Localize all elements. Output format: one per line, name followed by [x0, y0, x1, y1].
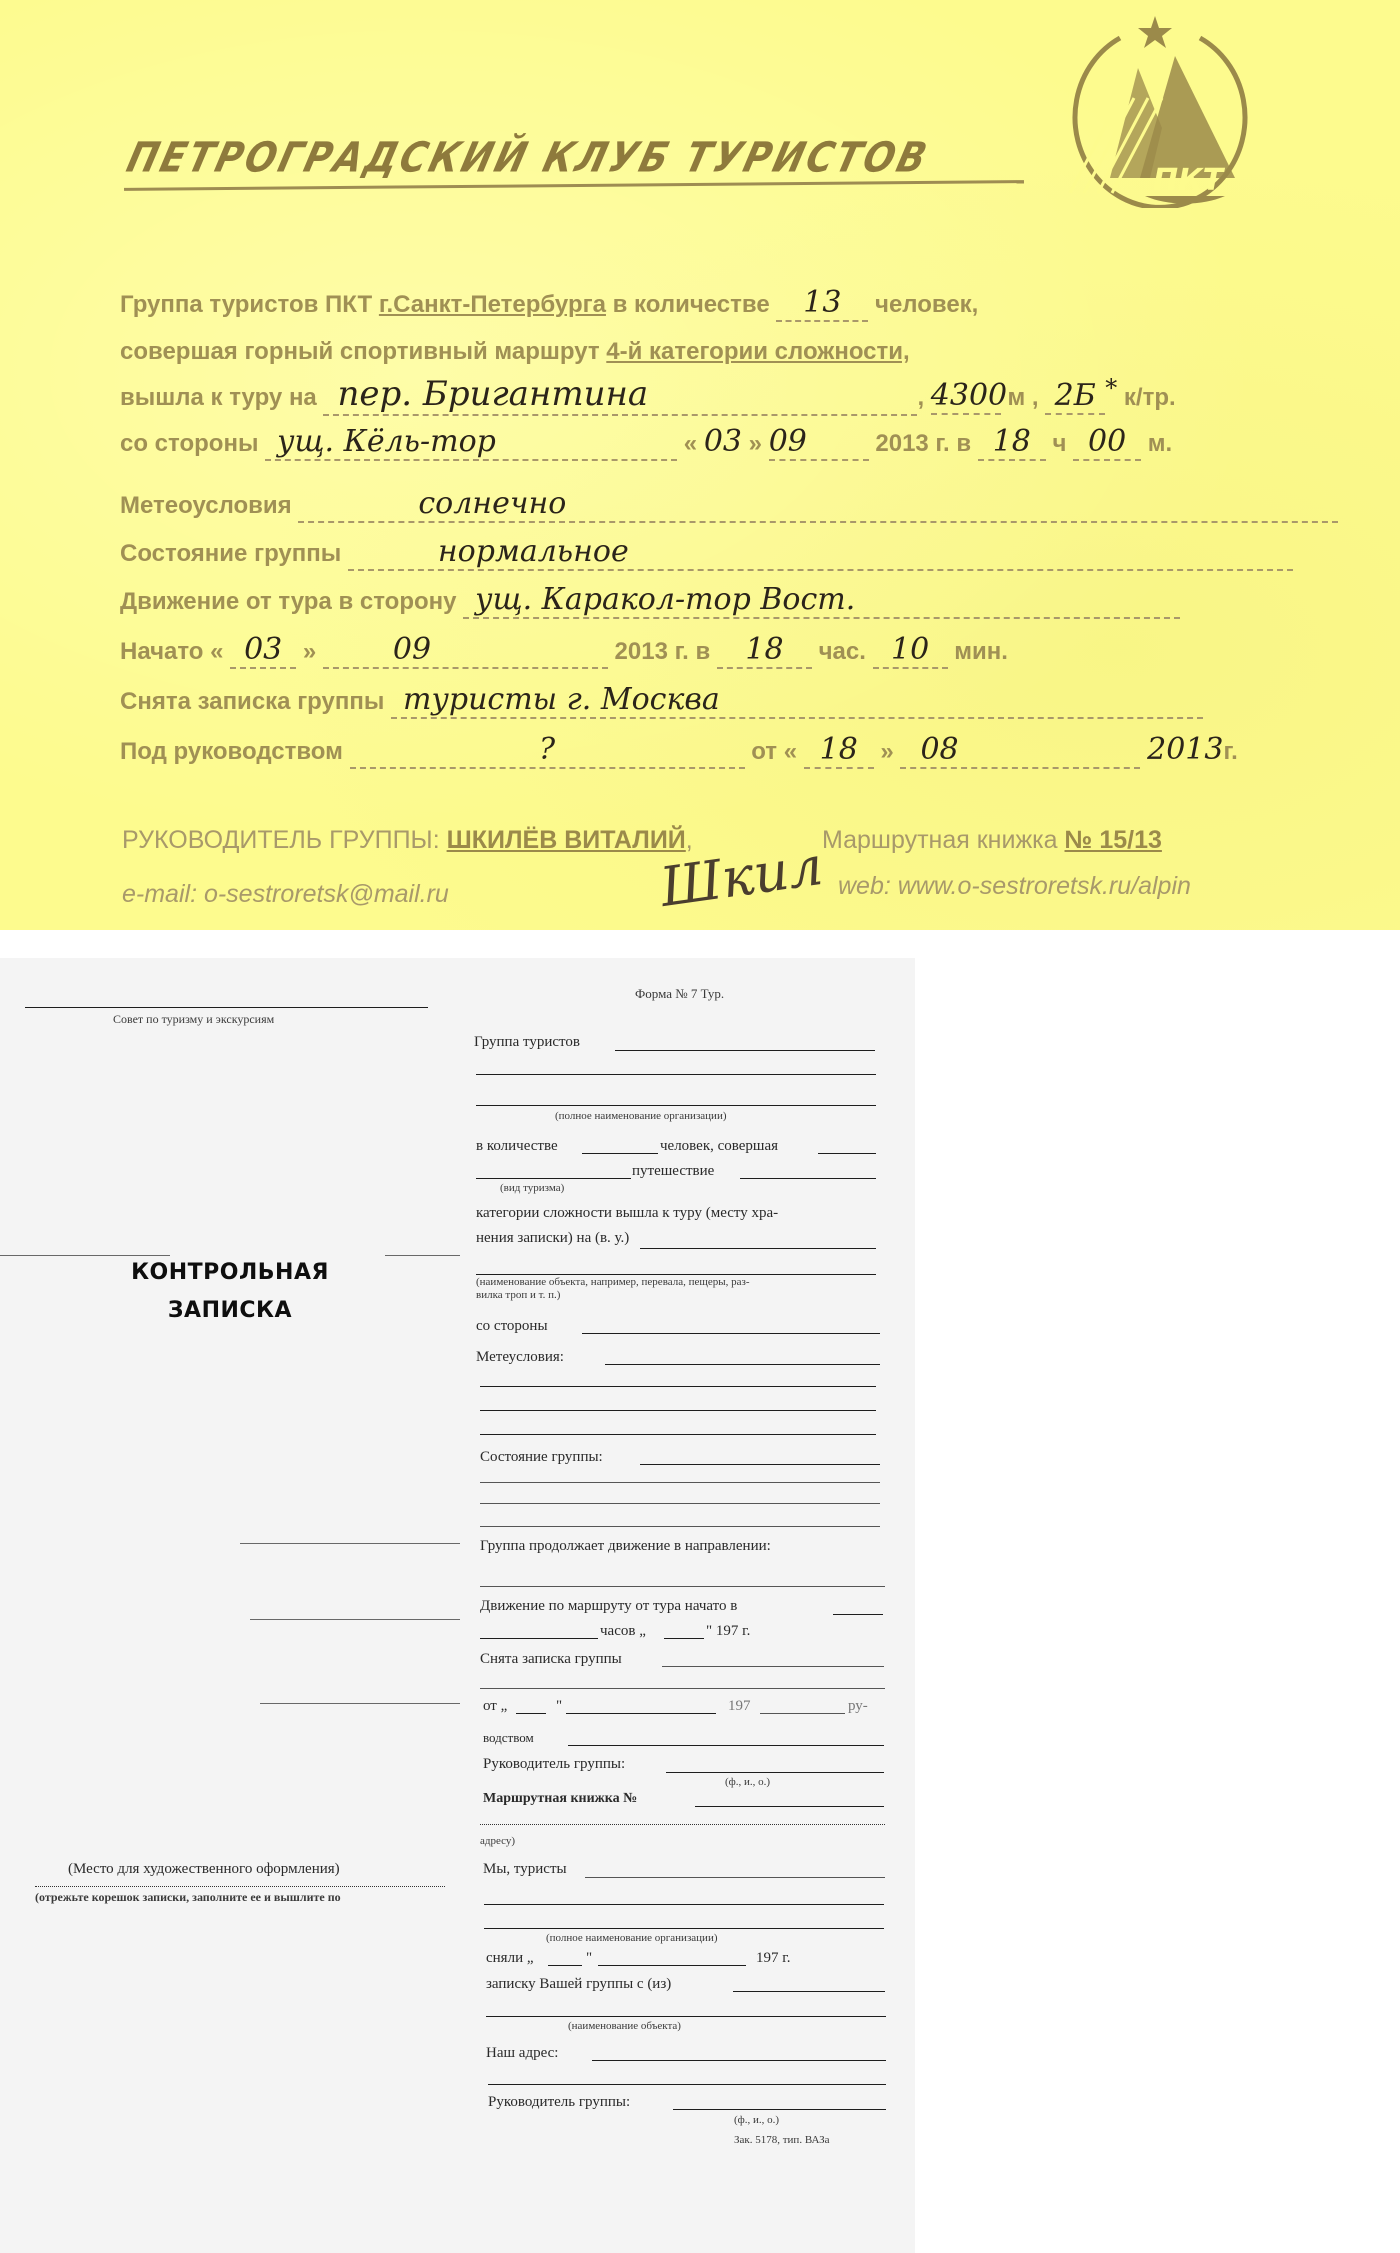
- form-number: Форма № 7 Тур.: [635, 986, 724, 1002]
- prev-day-field[interactable]: 18: [804, 732, 874, 769]
- route-book-label: Маршрутная книжка №: [483, 1791, 637, 1807]
- count-field[interactable]: [582, 1153, 658, 1154]
- star-mark: *: [1105, 374, 1117, 402]
- leadership-label: водством: [483, 1730, 534, 1746]
- move-month-field[interactable]: 09: [323, 632, 608, 669]
- form-title-line1: КОНТРОЛЬНАЯ: [0, 1260, 460, 1285]
- count-label: в количестве: [476, 1138, 558, 1155]
- side-line: со стороны ущ. Кёль-тор « 03 » 09 2013 г…: [120, 424, 1172, 461]
- printer-info: Зак. 5178, тип. ВАЗа: [734, 2134, 830, 2146]
- started-line: Начато « 03 » 09 2013 г. в 18 час. 10 ми…: [120, 632, 1008, 669]
- category-label: категории сложности вышла к туру (месту …: [476, 1205, 778, 1222]
- cut-line[interactable]: [35, 1886, 445, 1887]
- group-label: Группа туристов: [474, 1034, 580, 1051]
- move-hour-field[interactable]: 18: [717, 632, 812, 669]
- pass-name-field[interactable]: пер. Бригантина: [323, 374, 917, 416]
- move-day-field[interactable]: 03: [230, 632, 296, 669]
- club-name-heading: ПЕТРОГРАДСКИЙ КЛУБ ТУРИСТОВ: [122, 135, 934, 182]
- weather-label: Метеусловия:: [476, 1349, 564, 1366]
- our-address-label: Наш адрес:: [486, 2045, 558, 2062]
- pass-line: вышла к туру на пер. Бригантина, 4300 м …: [120, 374, 1176, 416]
- cut-instruction: (отрежьте корешок записки, заполните ее …: [35, 1890, 341, 1905]
- svg-text:ПКТ: ПКТ: [1153, 163, 1226, 198]
- city-text: г.Санкт-Петербурга: [379, 291, 606, 318]
- removed-by-line: Снята записка группы туристы г. Москва: [120, 682, 1203, 719]
- weather-field[interactable]: [605, 1364, 880, 1365]
- led-by-field[interactable]: ?: [350, 732, 745, 769]
- continues-label: Группа продолжает движение в направлении…: [480, 1538, 771, 1555]
- direction-line: Движение от тура в сторону ущ. Каракол-т…: [120, 582, 1180, 619]
- side-field[interactable]: ущ. Кёль-тор: [265, 424, 677, 461]
- website-link[interactable]: web: www.o-sestroretsk.ru/alpin: [838, 872, 1191, 901]
- removed-by-field[interactable]: туристы г. Москва: [391, 682, 1203, 719]
- state-field[interactable]: [640, 1464, 880, 1465]
- move-minute-field[interactable]: 10: [873, 632, 948, 669]
- leader-field[interactable]: [666, 1772, 884, 1773]
- prev-year-field[interactable]: 2013: [1147, 732, 1223, 767]
- hours-label: часов „: [600, 1623, 646, 1640]
- people-label: человек, совершая: [660, 1138, 778, 1155]
- leader2-label: Руководитель группы:: [488, 2094, 630, 2111]
- took-label: сняли „: [486, 1950, 534, 1967]
- start-hour-field[interactable]: 18: [978, 424, 1046, 461]
- group-state-line: Состояние группы нормальное: [120, 534, 1293, 571]
- we-tourists-label: Мы, туристы: [483, 1861, 567, 1878]
- leader-name: ШКИЛЁВ ВИТАЛИЙ: [447, 826, 686, 854]
- storage-label: нения записки) на (в. у.): [476, 1230, 629, 1247]
- led-by-line: Под руководством ? от « 18 » 08 2013г.: [120, 732, 1238, 769]
- route-start-label: Движение по маршруту от тура начато в: [480, 1598, 737, 1615]
- council-label: Совет по туризму и экскурсиям: [113, 1012, 274, 1027]
- prev-month-field[interactable]: 08: [900, 732, 1140, 769]
- object-hint: (наименование объекта, например, перевал…: [476, 1276, 750, 1288]
- tourism-type-hint: (вид туризма): [500, 1182, 564, 1194]
- category-text: 4-й категории сложности,: [606, 338, 909, 365]
- group-count-field[interactable]: 13: [776, 285, 868, 322]
- direction-field[interactable]: ущ. Каракол-тор Вост.: [463, 582, 1180, 619]
- art-place-label: (Место для художественного оформления): [68, 1861, 340, 1878]
- leader2-field[interactable]: [673, 2109, 886, 2110]
- route-book-field[interactable]: [695, 1806, 884, 1807]
- side-label: со стороны: [476, 1318, 548, 1335]
- journey-label: путешествие: [632, 1163, 714, 1180]
- route-book-line: Маршрутная книжка № 15/13: [822, 826, 1162, 855]
- start-month-field[interactable]: 09: [769, 424, 869, 461]
- state-label: Состояние группы:: [480, 1449, 603, 1466]
- group-count-line: Группа туристов ПКТ г.Санкт-Петербурга в…: [120, 285, 978, 322]
- gray-control-note-form: Совет по туризму и экскурсиям КОНТРОЛЬНА…: [0, 958, 915, 2253]
- removed-label: Снята записка группы: [480, 1651, 622, 1668]
- leader-line: РУКОВОДИТЕЛЬ ГРУППЫ: ШКИЛЁВ ВИТАЛИЙ,: [122, 826, 693, 855]
- weather-field[interactable]: солнечно: [298, 486, 1338, 523]
- side-field[interactable]: [582, 1333, 880, 1334]
- from-label: от „: [483, 1698, 507, 1715]
- weather-line: Метеоусловия солнечно: [120, 486, 1338, 523]
- email-link[interactable]: e-mail: o-sestroretsk@mail.ru: [122, 880, 449, 909]
- our-address-field[interactable]: [592, 2060, 886, 2061]
- route-book-number: № 15/13: [1065, 826, 1162, 854]
- start-minute-field[interactable]: 00: [1073, 424, 1141, 461]
- leader-label: Руководитель группы:: [483, 1756, 625, 1773]
- start-day-field[interactable]: 03: [704, 424, 742, 459]
- yellow-control-note-card: ПЕТРОГРАДСКИЙ КЛУБ ТУРИСТОВ ПКТ Группа т…: [0, 0, 1400, 930]
- form-title-line2: ЗАПИСКА: [0, 1298, 460, 1323]
- altitude-field[interactable]: 4300: [931, 378, 1001, 415]
- group-state-field[interactable]: нормальное: [348, 534, 1293, 571]
- group-field[interactable]: [615, 1050, 875, 1051]
- tourism-type-field[interactable]: [476, 1178, 631, 1179]
- org-hint: (полное наименование организации): [555, 1110, 727, 1122]
- route-category-line: совершая горный спортивный маршрут 4-й к…: [120, 338, 910, 366]
- mountain-star-emblem-icon: ПКТ: [1050, 8, 1260, 208]
- difficulty-field[interactable]: 2Б: [1045, 378, 1105, 415]
- note-from-label: записку Вашей группы с (из): [486, 1976, 671, 1993]
